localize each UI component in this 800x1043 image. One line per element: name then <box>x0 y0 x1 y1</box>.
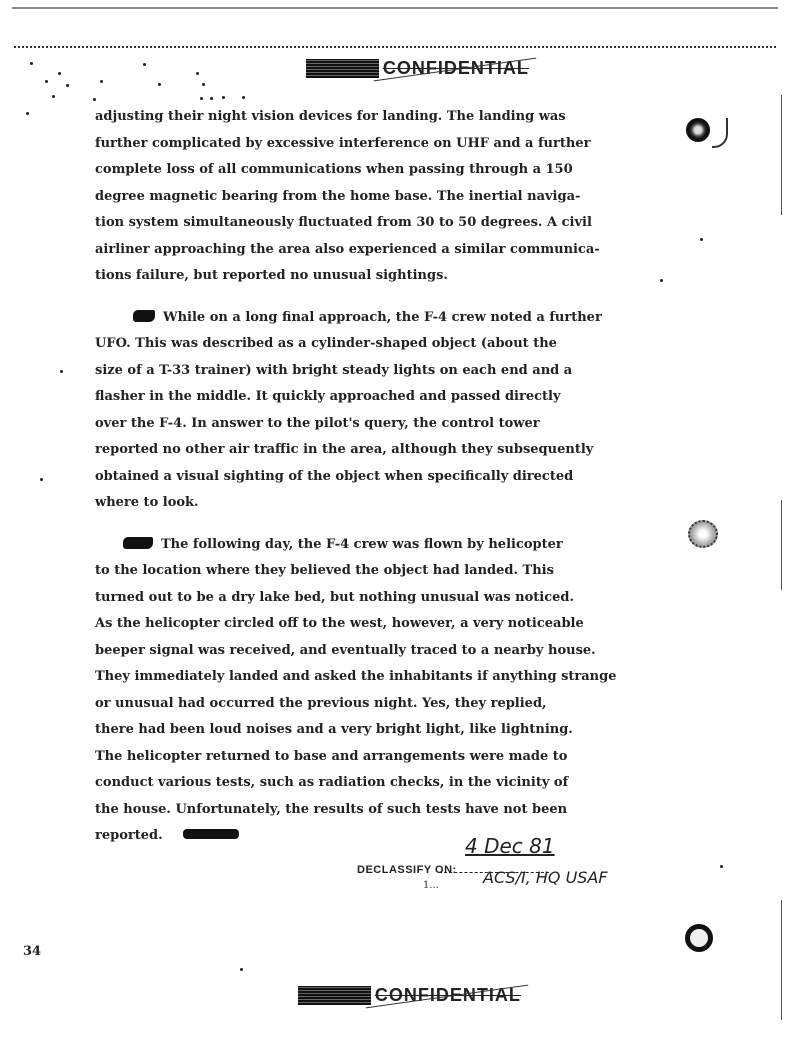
text-line: As the helicopter circled off to the wes… <box>95 611 655 638</box>
paragraph-2: While on a long final approach, the F-4 … <box>95 305 655 517</box>
struck-secret-marking: SECRET <box>306 59 379 78</box>
text-line: tions failure, but reported no unusual s… <box>95 263 655 290</box>
page-number: 34 <box>23 944 41 959</box>
text-line: adjusting their night vision devices for… <box>95 104 655 131</box>
scan-right-edge <box>781 95 782 215</box>
declass-dot-leader: 1... <box>423 880 439 891</box>
scan-speck <box>58 72 61 75</box>
scan-speck <box>143 63 146 66</box>
scan-speck <box>720 865 723 868</box>
scan-speck <box>60 370 63 373</box>
text-line: The following day, the F-4 crew was flow… <box>161 537 563 552</box>
redaction-block <box>133 310 155 322</box>
scan-speck <box>93 98 96 101</box>
text-line: reported. <box>95 828 163 843</box>
struck-secret-marking: SECRET <box>298 986 371 1005</box>
illegible-header-residue <box>14 20 776 48</box>
scan-top-border <box>12 7 778 9</box>
punch-hole-icon <box>688 520 718 548</box>
handwritten-declass-date: 4 Dec 81 <box>465 834 555 858</box>
scan-speck <box>196 72 199 75</box>
text-line: size of a T-33 trainer) with bright stea… <box>95 358 655 385</box>
text-line: complete loss of all communications when… <box>95 157 655 184</box>
document-body: adjusting their night vision devices for… <box>95 104 655 850</box>
paragraph-3: The following day, the F-4 crew was flow… <box>95 532 655 850</box>
text-line: there had been loud noises and a very br… <box>95 717 655 744</box>
scan-speck <box>158 83 161 86</box>
punch-hole-shadow <box>712 118 728 148</box>
scan-speck <box>700 238 703 241</box>
text-line: tion system simultaneously fluctuated fr… <box>95 210 655 237</box>
text-line: degree magnetic bearing from the home ba… <box>95 184 655 211</box>
punch-hole-icon <box>685 924 713 952</box>
text-line: turned out to be a dry lake bed, but not… <box>95 585 655 612</box>
text-line: to the location where they believed the … <box>95 558 655 585</box>
scan-right-edge <box>781 900 782 1020</box>
text-line: further complicated by excessive interfe… <box>95 131 655 158</box>
text-line: beeper signal was received, and eventual… <box>95 638 655 665</box>
text-line: or unusual had occurred the previous nig… <box>95 691 655 718</box>
struck-confidential-marking: CONFIDENTIAL <box>375 985 521 1006</box>
scan-right-edge <box>781 500 782 590</box>
scan-speck <box>660 279 663 282</box>
text-line: conduct various tests, such as radiation… <box>95 770 655 797</box>
redacted-classification-paren <box>183 829 239 839</box>
scan-speck <box>52 95 55 98</box>
scan-speck <box>202 83 205 86</box>
redaction-block <box>123 537 153 549</box>
text-line: the house. Unfortunately, the results of… <box>95 797 655 824</box>
text-line: obtained a visual sighting of the object… <box>95 464 655 491</box>
handwritten-declass-authority: ACS/I, HQ USAF <box>483 868 608 887</box>
text-line: over the F-4. In answer to the pilot's q… <box>95 411 655 438</box>
text-line: where to look. <box>95 490 655 517</box>
scan-speck <box>240 968 243 971</box>
classification-stamp-bottom: SECRETCONFIDENTIAL <box>298 985 521 1006</box>
text-line: UFO. This was described as a cylinder-sh… <box>95 331 655 358</box>
classification-stamp-top: SECRETCONFIDENTIAL <box>306 58 529 79</box>
scan-speck <box>40 478 43 481</box>
text-line: They immediately landed and asked the in… <box>95 664 655 691</box>
text-line: While on a long final approach, the F-4 … <box>163 310 602 325</box>
scan-speck <box>200 97 203 100</box>
scan-speck <box>30 62 33 65</box>
scan-speck <box>222 96 225 99</box>
scan-speck <box>66 84 69 87</box>
scan-speck <box>26 112 29 115</box>
scan-speck <box>100 80 103 83</box>
punch-hole-icon <box>686 118 710 142</box>
scan-speck <box>45 80 48 83</box>
struck-confidential-marking: CONFIDENTIAL <box>383 58 529 79</box>
text-line: reported no other air traffic in the are… <box>95 437 655 464</box>
text-line: airliner approaching the area also exper… <box>95 237 655 264</box>
declassify-on-label: DECLASSIFY ON: <box>357 864 457 876</box>
scan-speck <box>242 96 245 99</box>
text-line: flasher in the middle. It quickly approa… <box>95 384 655 411</box>
scan-speck <box>210 97 213 100</box>
paragraph-1: adjusting their night vision devices for… <box>95 104 655 290</box>
text-line: The helicopter returned to base and arra… <box>95 744 655 771</box>
